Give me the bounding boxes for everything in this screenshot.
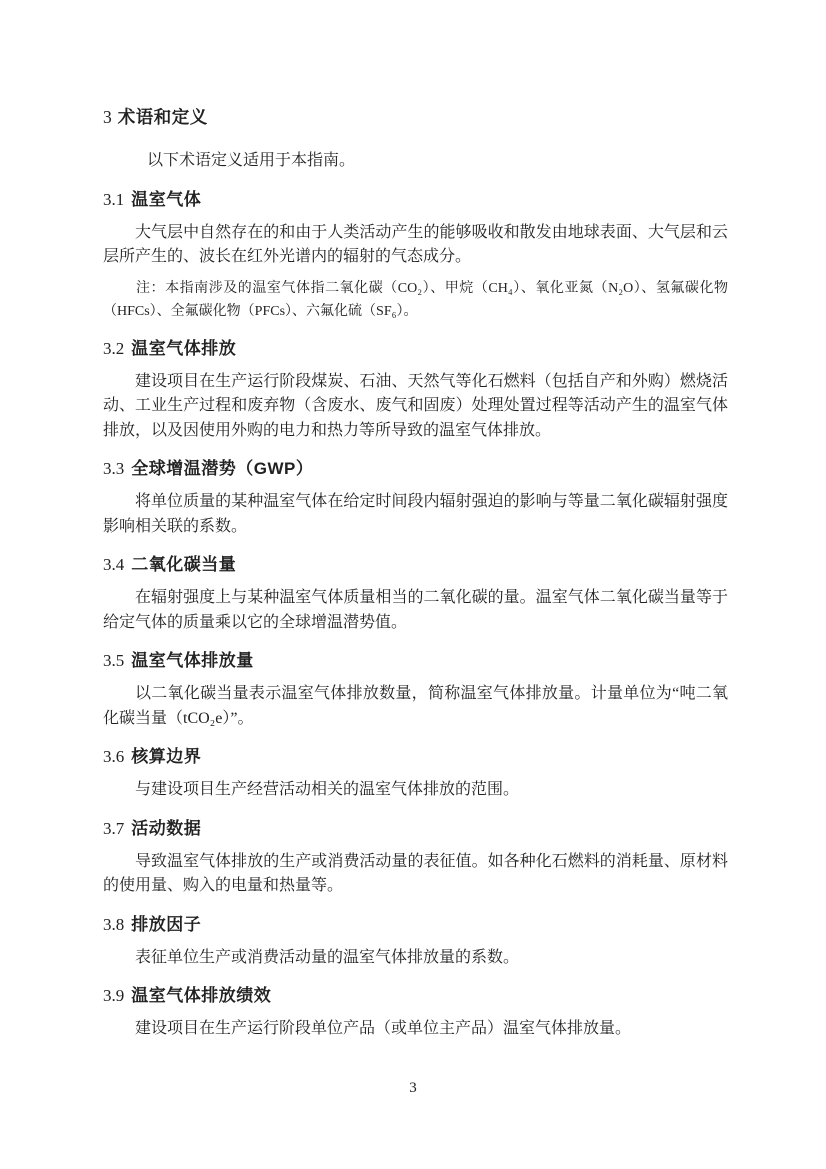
section-title: 排放因子: [131, 915, 201, 934]
section-number: 3.7: [103, 819, 124, 838]
section-title: 温室气体: [131, 190, 201, 209]
section-number: 3.1: [103, 190, 124, 209]
section-paragraph: 建设项目在生产运行阶段单位产品（或单位主产品）温室气体排放量。: [103, 1017, 728, 1042]
section-number: 3.2: [103, 339, 124, 358]
section-3-2: 3.2温室气体排放 建设项目在生产运行阶段煤炭、石油、天然气等化石燃料（包括自产…: [103, 337, 728, 444]
section-title: 温室气体排放绩效: [131, 986, 271, 1005]
section-paragraph: 大气层中自然存在的和由于人类活动产生的能够吸收和散发由地球表面、大气层和云层所产…: [103, 221, 728, 270]
section-3-9: 3.9温室气体排放绩效 建设项目在生产运行阶段单位产品（或单位主产品）温室气体排…: [103, 984, 728, 1042]
section-number: 3.6: [103, 747, 124, 766]
intro-paragraph: 以下术语定义适用于本指南。: [103, 149, 728, 174]
section-3-4: 3.4二氧化碳当量 在辐射强度上与某种温室气体质量相当的二氧化碳的量。温室气体二…: [103, 553, 728, 635]
section-3-8: 3.8排放因子 表征单位生产或消费活动量的温室气体排放量的系数。: [103, 913, 728, 971]
chapter-heading: 3术语和定义: [103, 107, 728, 128]
section-number: 3.5: [103, 651, 124, 670]
section-title: 活动数据: [131, 819, 201, 838]
section-title: 温室气体排放量: [131, 651, 254, 670]
section-heading: 3.8排放因子: [103, 913, 728, 937]
section-paragraph: 将单位质量的某种温室气体在给定时间段内辐射强迫的影响与等量二氧化碳辐射强度影响相…: [103, 490, 728, 539]
section-heading: 3.5温室气体排放量: [103, 649, 728, 673]
section-3-6: 3.6核算边界 与建设项目生产经营活动相关的温室气体排放的范围。: [103, 745, 728, 803]
section-number: 3.3: [103, 459, 124, 478]
section-heading: 3.2温室气体排放: [103, 337, 728, 361]
section-title: 全球增温潜势（GWP）: [131, 459, 313, 478]
chapter-title: 术语和定义: [118, 107, 208, 127]
section-title: 二氧化碳当量: [131, 555, 236, 574]
section-heading: 3.3全球增温潜势（GWP）: [103, 457, 728, 481]
section-heading: 3.9温室气体排放绩效: [103, 984, 728, 1008]
section-title: 温室气体排放: [131, 339, 236, 358]
page-content: 3术语和定义 以下术语定义适用于本指南。 3.1温室气体 大气层中自然存在的和由…: [103, 107, 728, 1042]
section-heading: 3.7活动数据: [103, 817, 728, 841]
section-number: 3.9: [103, 986, 124, 1005]
section-3-5: 3.5温室气体排放量 以二氧化碳当量表示温室气体排放数量，简称温室气体排放量。计…: [103, 649, 728, 731]
section-heading: 3.6核算边界: [103, 745, 728, 769]
page-number: 3: [0, 1080, 826, 1097]
document-page: 3术语和定义 以下术语定义适用于本指南。 3.1温室气体 大气层中自然存在的和由…: [0, 0, 826, 1169]
section-paragraph: 表征单位生产或消费活动量的温室气体排放量的系数。: [103, 946, 728, 971]
section-number: 3.4: [103, 555, 124, 574]
section-paragraph: 建设项目在生产运行阶段煤炭、石油、天然气等化石燃料（包括自产和外购）燃烧活动、工…: [103, 370, 728, 444]
section-3-7: 3.7活动数据 导致温室气体排放的生产或消费活动量的表征值。如各种化石燃料的消耗…: [103, 817, 728, 899]
section-heading: 3.4二氧化碳当量: [103, 553, 728, 577]
chapter-number: 3: [103, 107, 112, 127]
section-paragraph: 以二氧化碳当量表示温室气体排放数量，简称温室气体排放量。计量单位为“吨二氧化碳当…: [103, 682, 728, 731]
section-title: 核算边界: [131, 747, 201, 766]
section-paragraph: 导致温室气体排放的生产或消费活动量的表征值。如各种化石燃料的消耗量、原材料的使用…: [103, 850, 728, 899]
section-3-3: 3.3全球增温潜势（GWP） 将单位质量的某种温室气体在给定时间段内辐射强迫的影…: [103, 457, 728, 539]
section-paragraph: 在辐射强度上与某种温室气体质量相当的二氧化碳的量。温室气体二氧化碳当量等于给定气…: [103, 586, 728, 635]
section-number: 3.8: [103, 915, 124, 934]
section-3-1: 3.1温室气体 大气层中自然存在的和由于人类活动产生的能够吸收和散发由地球表面、…: [103, 188, 728, 323]
section-note: 注：本指南涉及的温室气体指二氧化碳（CO₂）、甲烷（CH₄）、氧化亚氮（N₂O）…: [103, 277, 728, 323]
section-paragraph: 与建设项目生产经营活动相关的温室气体排放的范围。: [103, 778, 728, 803]
section-heading: 3.1温室气体: [103, 188, 728, 212]
